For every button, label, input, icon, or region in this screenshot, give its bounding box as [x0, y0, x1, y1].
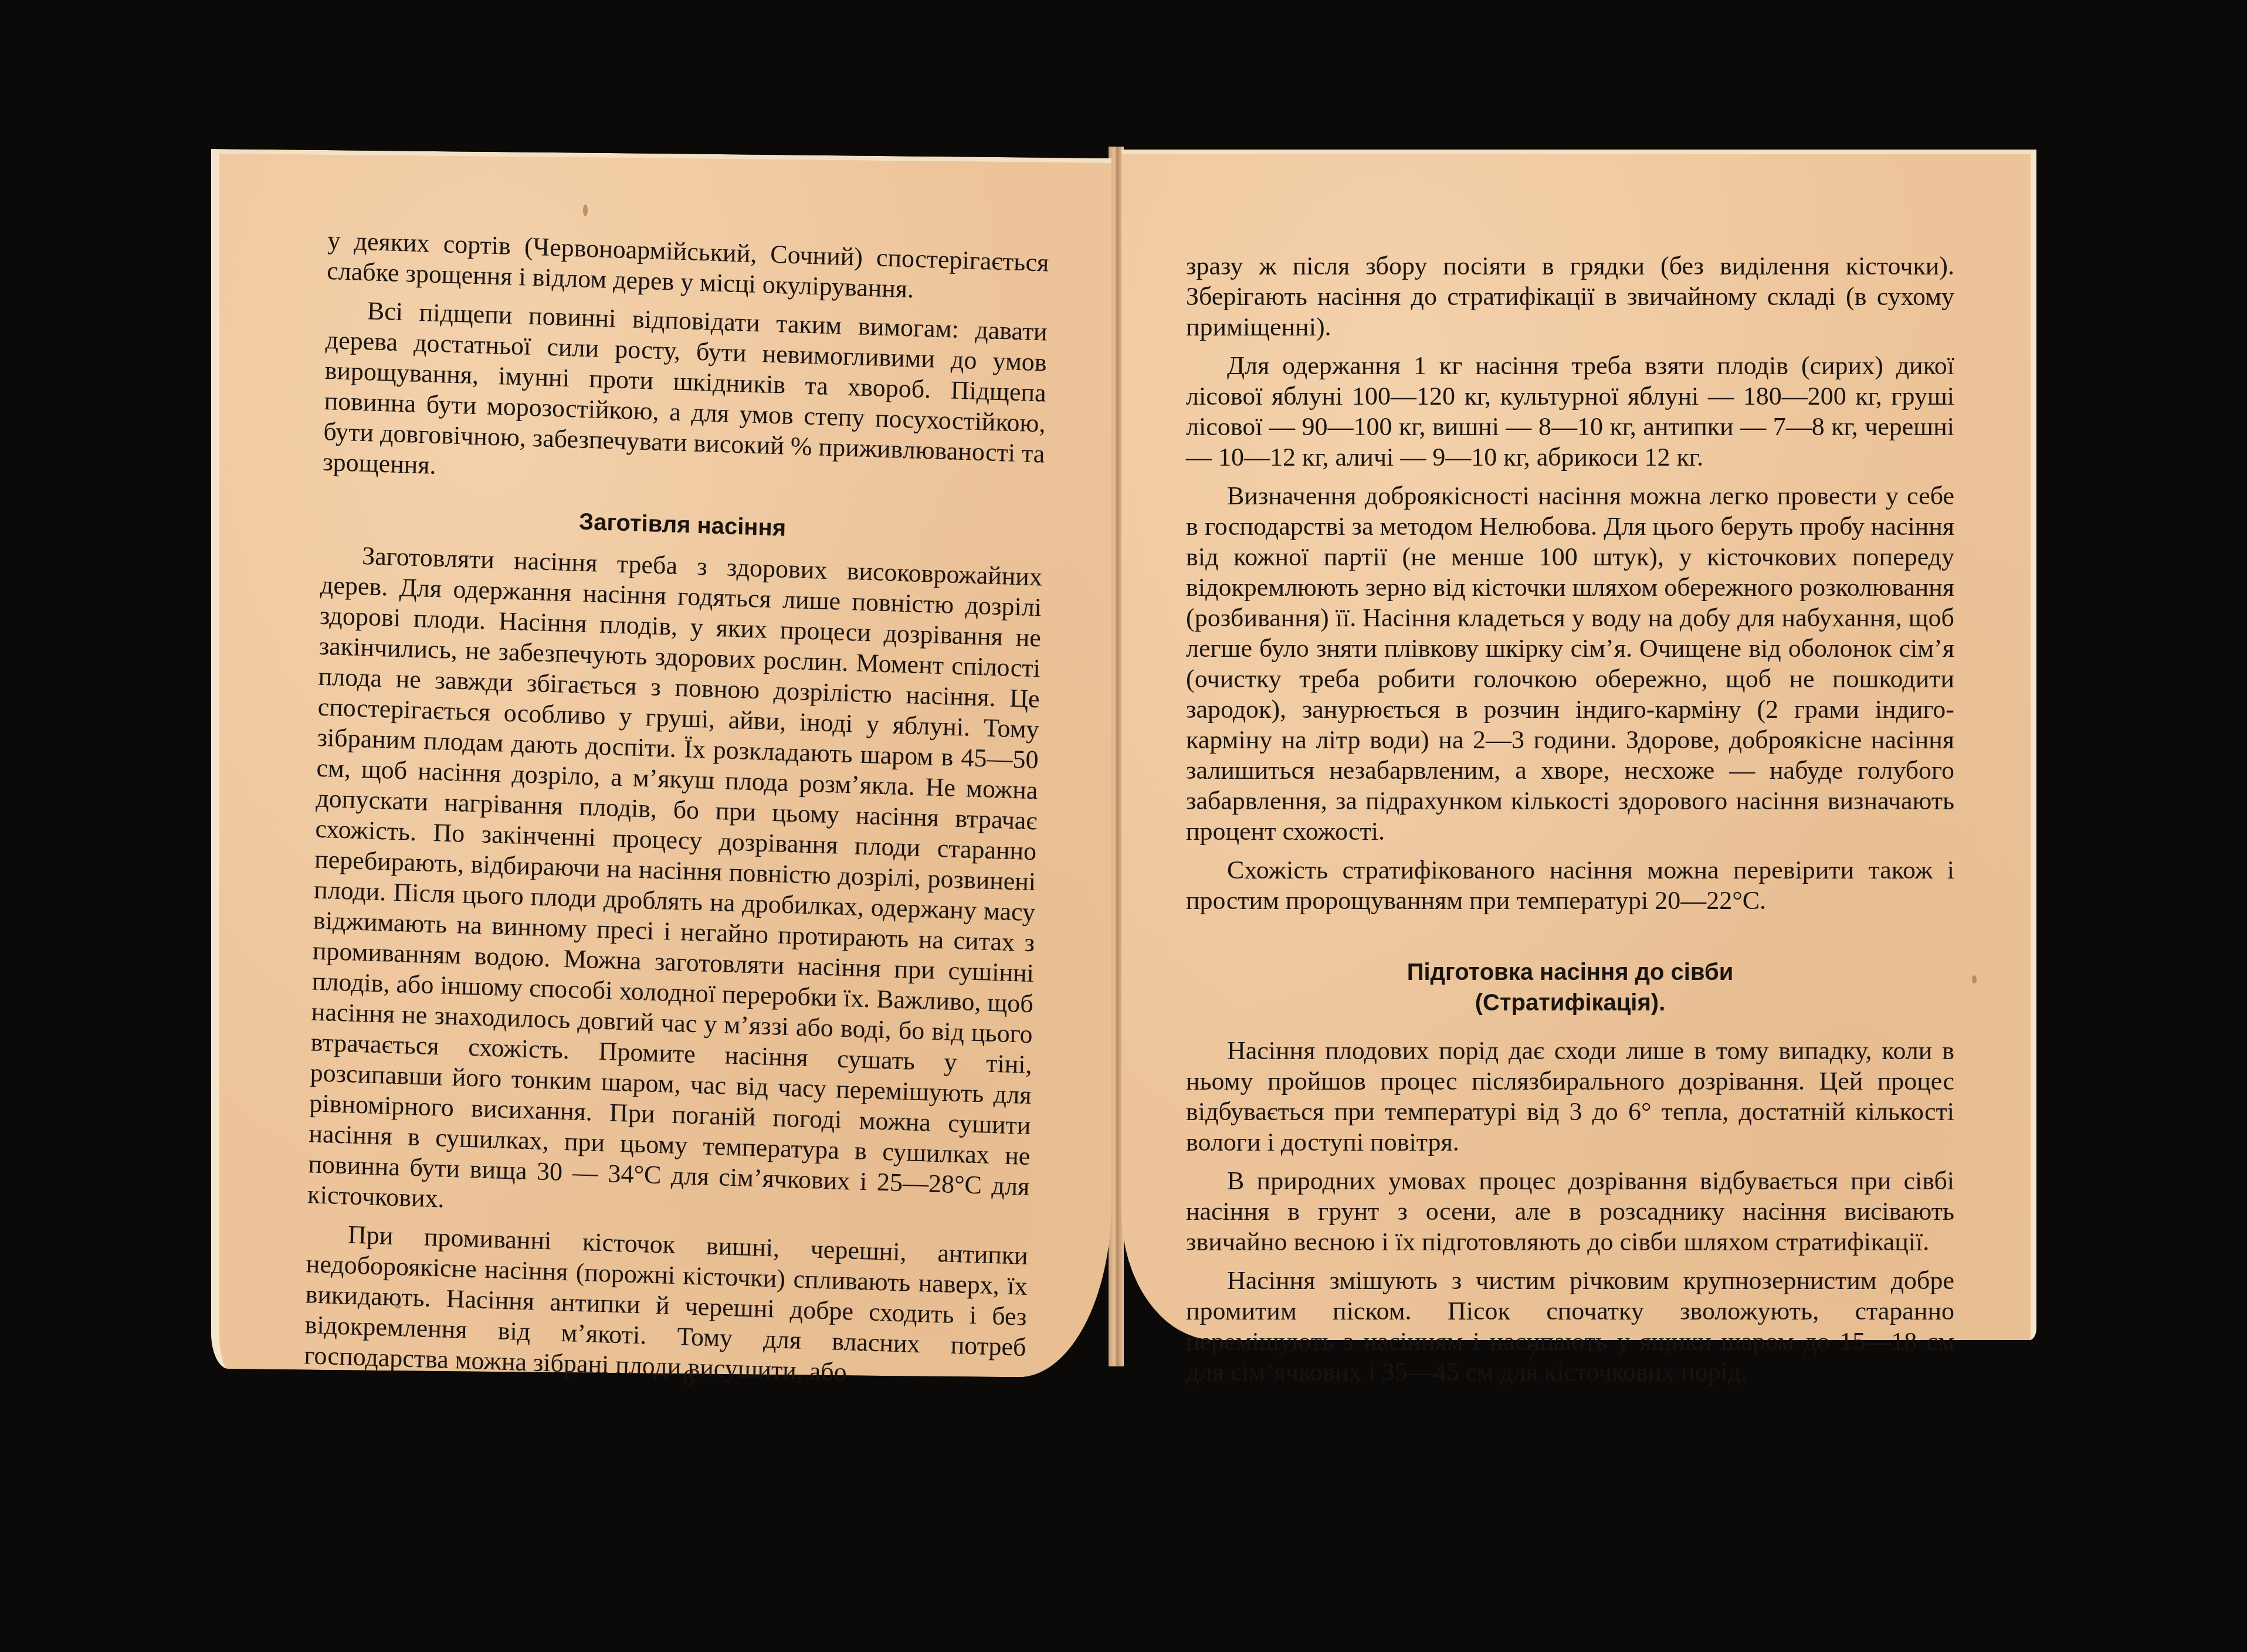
paragraph: Визначення доброякісності насіння можна … [1186, 481, 1954, 847]
left-page-text: у деяких сортів (Червоноармійський, Сочн… [304, 225, 1049, 1402]
left-page: у деяких сортів (Червоноармійський, Сочн… [211, 149, 1111, 1378]
paragraph: Насіння плодових порід дає сходи лише в … [1186, 1036, 1954, 1158]
right-page-text: зразу ж після збору посіяти в грядки (бе… [1186, 251, 1954, 1396]
paragraph: Для одержання 1 кг насіння треба взяти п… [1186, 351, 1954, 473]
paper-speck [395, 1305, 401, 1308]
page-number: 7 [1526, 1339, 1538, 1366]
paragraph: зразу ж після збору посіяти в грядки (бе… [1186, 251, 1954, 342]
paragraph: При промиванні кісточок вишні, черешні, … [304, 1218, 1028, 1393]
paragraph: Всі підщепи повинні відповідати таким ви… [323, 294, 1048, 500]
right-page: зразу ж після збору посіяти в грядки (бе… [1121, 150, 2036, 1340]
section-subheading: (Стратифікація). [1186, 988, 1954, 1018]
paper-speck [1902, 295, 1907, 298]
page-number: 6 [683, 1363, 694, 1391]
paragraph: Схожість стратифікованого насіння можна … [1186, 855, 1954, 916]
paragraph: у деяких сортів (Червоноармійський, Сочн… [327, 225, 1049, 309]
paragraph: Насіння змішують з чистим річковим крупн… [1186, 1266, 1954, 1388]
section-heading: Підготовка насіння до сівби [1186, 957, 1954, 988]
paragraph: Заготовляти насіння треба з здорових вис… [307, 540, 1043, 1233]
paragraph: В природних умовах процес дозрівання від… [1186, 1166, 1954, 1257]
paper-speck [1972, 975, 1977, 983]
paper-speck [583, 205, 588, 216]
